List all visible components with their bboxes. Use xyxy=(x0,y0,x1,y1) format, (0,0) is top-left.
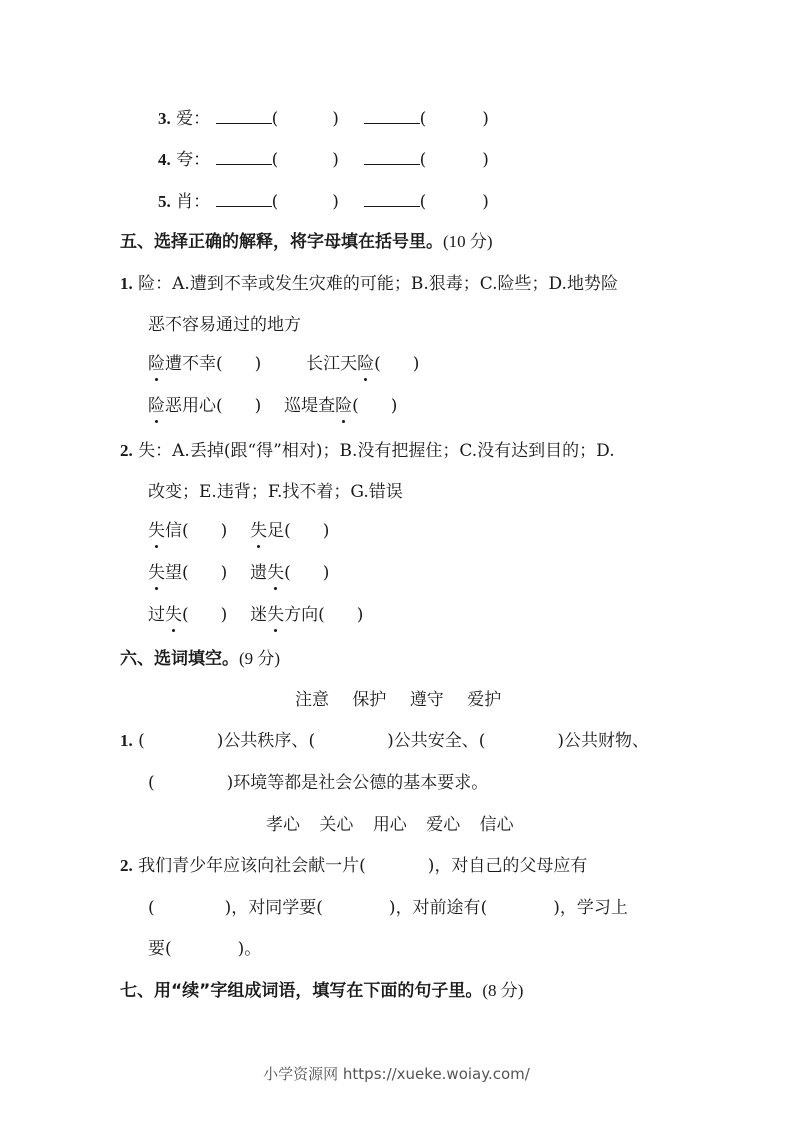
question-text: ，对前途有 xyxy=(396,898,481,918)
s6-q1-line1: 1. ()公共秩序、()公共安全、()公共财物、 xyxy=(120,730,649,752)
term: 失望 xyxy=(148,563,182,583)
answer-paren[interactable]: () xyxy=(479,730,564,752)
answer-blank[interactable] xyxy=(216,148,272,165)
question-text: 失：A.丢掉(跟“得”相对)；B.没有把握住；C.没有达到目的；D. xyxy=(138,441,614,461)
section-6-heading: 六、选词填空。(9 分) xyxy=(120,648,280,670)
section-7-heading: 七、用“续”字组成词语，填写在下面的句子里。(8 分) xyxy=(120,980,523,1002)
word-bank-1: 注意 保护 遵守 爱护 xyxy=(295,689,501,711)
s6-q2-line2: ()，对同学要()，对前途有()，学习上 xyxy=(148,897,628,919)
term: 巡堤查险 xyxy=(284,396,352,416)
pinyin-paren[interactable]: () xyxy=(272,191,339,213)
section-points: (10 分) xyxy=(443,232,493,251)
term: 险遭不幸 xyxy=(148,354,216,374)
s5-q1-line2: 恶不容易通过的地方 xyxy=(148,314,301,336)
section-title: 五、选择正确的解释，将字母填在括号里。 xyxy=(120,232,443,252)
answer-blank[interactable] xyxy=(364,190,420,207)
s5-q2-row2: 失望() 遗失() xyxy=(148,562,329,584)
question-number: 1 xyxy=(120,274,129,293)
item-char: 肖： xyxy=(176,192,210,212)
question-text: 险：A.遭到不幸或发生灾难的可能；B.狠毒；C.险些；D.地势险 xyxy=(138,274,618,294)
s4-item-4: 4. 夸： () () xyxy=(158,148,489,171)
question-text: 恶不容易通过的地方 xyxy=(148,315,301,335)
answer-blank[interactable] xyxy=(364,148,420,165)
s5-q2-line2: 改变；E.违背；F.找不着；G.错误 xyxy=(148,481,403,503)
answer-paren[interactable]: () xyxy=(182,604,227,626)
answer-paren[interactable]: () xyxy=(318,604,363,626)
s5-q2-line1: 2. 失：A.丢掉(跟“得”相对)；B.没有把握住；C.没有达到目的；D. xyxy=(120,440,615,462)
question-text: 环境等都是社会公德的基本要求。 xyxy=(233,773,488,793)
s5-q2-row3: 过失() 迷失方向() xyxy=(148,604,363,626)
question-text: 公共安全、 xyxy=(394,731,479,751)
answer-blank[interactable] xyxy=(216,190,272,207)
term: 险恶用心 xyxy=(148,396,216,416)
s4-item-3: 3. 爱： () () xyxy=(158,107,489,130)
word-option: 信心 xyxy=(480,815,514,835)
section-title: 七、用“续”字组成词语，填写在下面的句子里。 xyxy=(120,981,482,1001)
question-number: 2 xyxy=(120,856,129,875)
item-number: 3 xyxy=(158,109,167,128)
s6-q1-line2: ()环境等都是社会公德的基本要求。 xyxy=(148,772,488,794)
answer-blank[interactable] xyxy=(216,107,272,124)
question-text: 公共财物、 xyxy=(564,731,649,751)
answer-paren[interactable]: () xyxy=(284,520,329,542)
item-number: 4 xyxy=(158,150,167,169)
question-text: 我们青少年应该向社会献一片 xyxy=(138,856,359,876)
pinyin-paren[interactable]: () xyxy=(420,191,489,213)
item-char: 夸： xyxy=(176,150,210,170)
term: 迷失方向 xyxy=(250,605,318,625)
word-option: 用心 xyxy=(373,815,407,835)
s4-item-5: 5. 肖： () () xyxy=(158,190,489,213)
answer-paren[interactable]: () xyxy=(284,562,329,584)
word-option: 关心 xyxy=(319,815,353,835)
answer-paren[interactable]: () xyxy=(138,730,223,752)
answer-paren[interactable]: () xyxy=(165,938,244,960)
answer-blank[interactable] xyxy=(364,107,420,124)
question-text: 要 xyxy=(148,939,165,959)
answer-paren[interactable]: () xyxy=(374,353,419,375)
section-title: 六、选词填空。 xyxy=(120,649,239,669)
answer-paren[interactable]: () xyxy=(216,353,261,375)
pinyin-paren[interactable]: () xyxy=(272,149,339,171)
question-number: 2 xyxy=(120,441,129,460)
answer-paren[interactable]: () xyxy=(216,395,261,417)
section-points: (8 分) xyxy=(482,981,523,1000)
item-number: 5 xyxy=(158,192,167,211)
answer-paren[interactable]: () xyxy=(148,772,233,794)
s5-q2-row1: 失信() 失足() xyxy=(148,520,329,542)
term: 遗失 xyxy=(250,563,284,583)
answer-paren[interactable]: () xyxy=(359,855,434,877)
pinyin-paren[interactable]: () xyxy=(272,108,339,130)
question-text: ，对自己的父母应有 xyxy=(434,856,587,876)
question-text: ，对同学要 xyxy=(231,898,316,918)
word-option: 爱护 xyxy=(467,690,501,710)
answer-paren[interactable]: () xyxy=(308,730,393,752)
question-text: ，学习上 xyxy=(560,898,628,918)
pinyin-paren[interactable]: () xyxy=(420,149,489,171)
term: 失足 xyxy=(250,521,284,541)
answer-paren[interactable]: () xyxy=(182,520,227,542)
s6-q2-line1: 2. 我们青少年应该向社会献一片()，对自己的父母应有 xyxy=(120,855,587,877)
word-option: 注意 xyxy=(295,690,329,710)
question-text: 改变；E.违背；F.找不着；G.错误 xyxy=(148,482,403,502)
word-option: 保护 xyxy=(352,690,386,710)
section-points: (9 分) xyxy=(239,649,280,668)
answer-paren[interactable]: () xyxy=(481,897,560,919)
question-text: 。 xyxy=(244,939,261,959)
s6-q2-line3: 要()。 xyxy=(148,938,261,960)
term: 长江天险 xyxy=(306,354,374,374)
pinyin-paren[interactable]: () xyxy=(420,108,489,130)
s5-q1-row1: 险遭不幸() 长江天险() xyxy=(148,353,419,375)
answer-paren[interactable]: () xyxy=(182,562,227,584)
s5-q1-row2: 险恶用心() 巡堤查险() xyxy=(148,395,397,417)
s5-q1-line1: 1. 险：A.遭到不幸或发生灾难的可能；B.狠毒；C.险些；D.地势险 xyxy=(120,273,618,295)
footer-watermark: 小学资源网 https://xueke.woiay.com/ xyxy=(0,1063,793,1084)
word-bank-2: 孝心 关心 用心 爱心 信心 xyxy=(266,814,514,836)
word-option: 遵守 xyxy=(410,690,444,710)
term: 过失 xyxy=(148,605,182,625)
item-char: 爱： xyxy=(176,109,210,129)
question-text: 公共秩序、 xyxy=(223,731,308,751)
section-5-heading: 五、选择正确的解释，将字母填在括号里。(10 分) xyxy=(120,231,493,253)
word-option: 孝心 xyxy=(266,815,300,835)
question-number: 1 xyxy=(120,731,129,750)
term: 失信 xyxy=(148,521,182,541)
answer-paren[interactable]: () xyxy=(148,897,231,919)
answer-paren[interactable]: () xyxy=(316,897,395,919)
word-option: 爱心 xyxy=(426,815,460,835)
answer-paren[interactable]: () xyxy=(352,395,397,417)
